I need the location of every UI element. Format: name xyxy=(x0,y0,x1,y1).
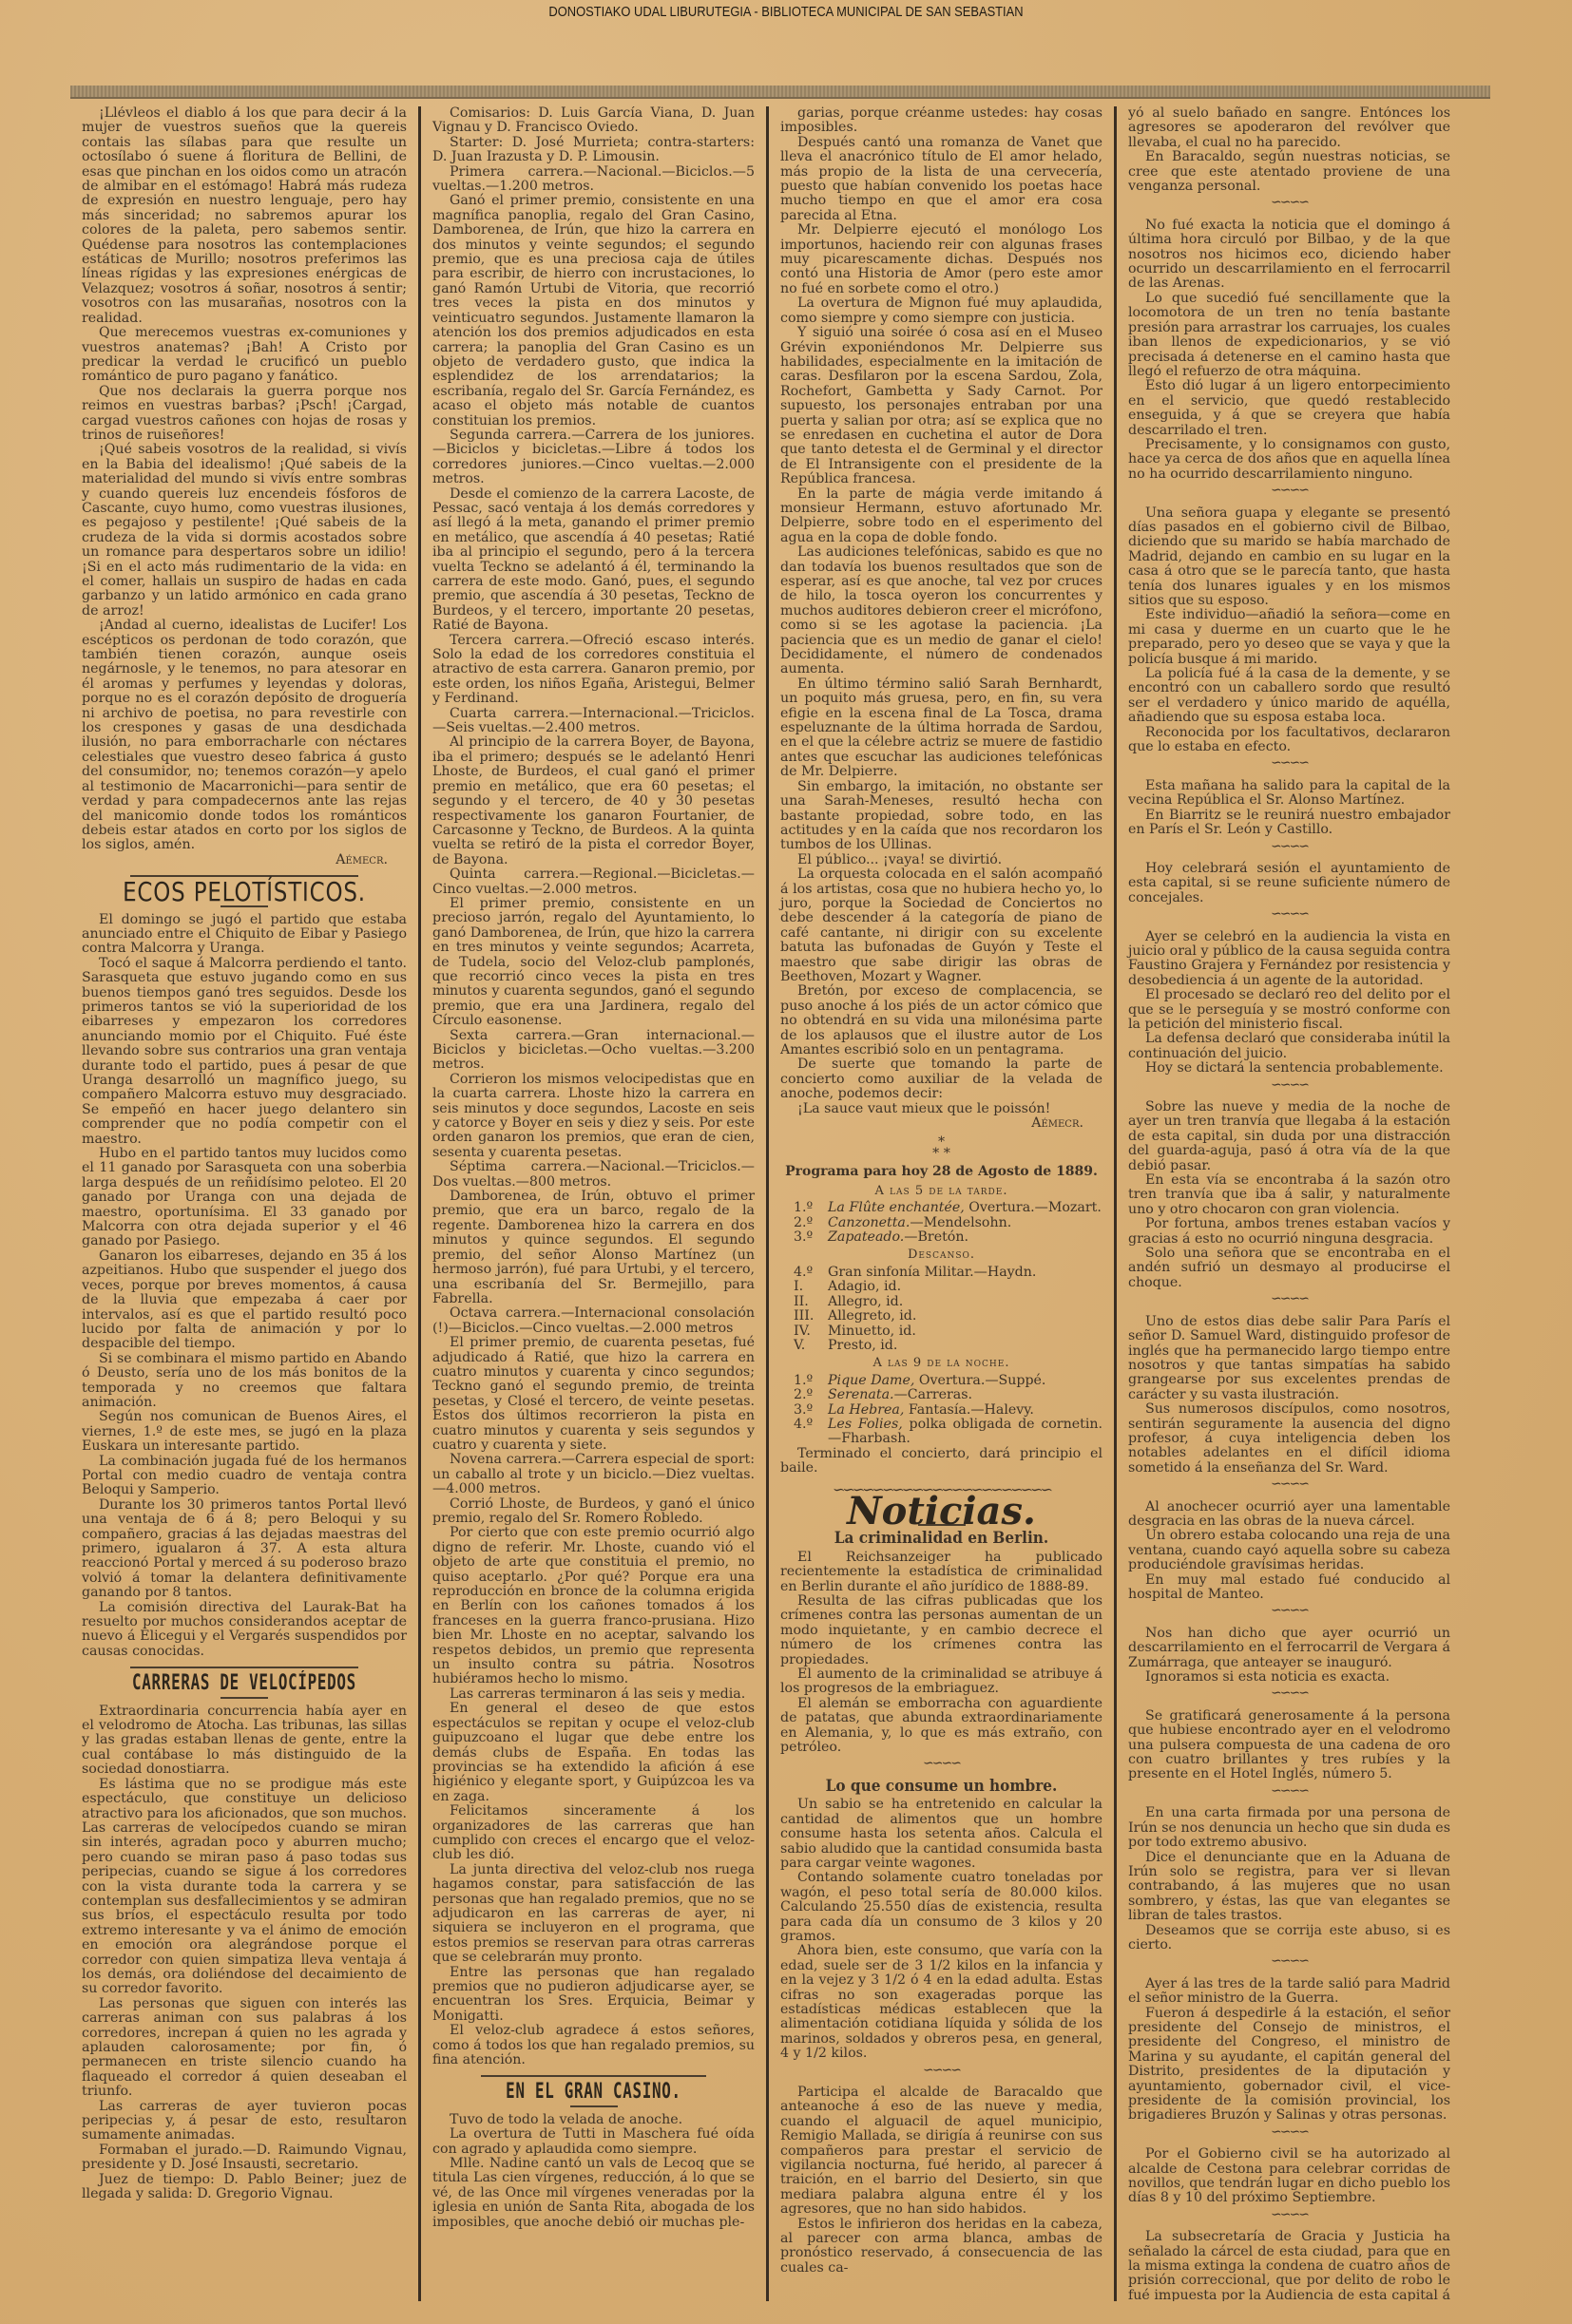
column-3: garias, porque créanme ustedes: hay cosa… xyxy=(766,106,1114,2301)
news-item: En una carta firmada por una persona de … xyxy=(1128,1806,1450,1953)
paragraph: Una señora guapa y elegante se presentó … xyxy=(1128,506,1450,609)
paragraph: La orquesta colocada en el salón acompañ… xyxy=(780,867,1102,984)
subtitle-hombre: Lo que consume un hombre. xyxy=(796,1780,1086,1794)
program-item-detail: —Bretón. xyxy=(904,1229,968,1245)
section-title-casino: EN EL GRAN CASINO. xyxy=(477,2085,709,2099)
paragraph: Starter: D. José Murrieta; contra-starte… xyxy=(432,136,755,165)
paragraph: Formaban el jurado.—D. Raimundo Vignau, … xyxy=(82,2143,407,2173)
paragraph: Las carreras terminaron á las seis y med… xyxy=(432,1687,755,1702)
program-item-detail: Allegro, id. xyxy=(828,1294,903,1309)
paragraph: Un sabio se ha entretenido en calcular l… xyxy=(780,1798,1102,1871)
program-section-afternoon: A las 5 de la tarde. xyxy=(780,1184,1102,1198)
paragraph: Tercera carrera.—Ofreció escaso interés.… xyxy=(432,634,755,707)
paragraph: Las carreras de ayer tuvieron pocas peri… xyxy=(82,2100,407,2143)
wave-divider-icon: ∽∽∽∽ xyxy=(1128,1604,1450,1618)
paragraph: ¡Andad al cuerno, idealistas de Lucifer!… xyxy=(82,619,407,853)
paragraph: Resulta de las cifras publicadas que los… xyxy=(780,1594,1102,1667)
paragraph: Bretón, por exceso de complacencia, se p… xyxy=(780,984,1102,1057)
program-list-3: 1.ºPique Dame, Overtura.—Suppé.2.ºSerena… xyxy=(780,1374,1102,1447)
news-item: La subsecretaría de Gracia y Justicia ha… xyxy=(1128,2230,1450,2301)
paragraph: No fué exacta la noticia que el domingo … xyxy=(1128,219,1450,292)
paragraph: Un obrero estaba colocando una reja de u… xyxy=(1128,1529,1450,1572)
paragraph: Al anochecer ocurrió ayer una lamentable… xyxy=(1128,1500,1450,1530)
program-item-number: 3.º xyxy=(794,1403,828,1418)
paragraph: Primera carrera.—Nacional.—Biciclos.—5 v… xyxy=(432,165,755,195)
paragraph: Uno de estos dias debe salir Para París … xyxy=(1128,1315,1450,1402)
wave-divider-icon: ∽∽∽∽ xyxy=(1128,1477,1450,1492)
paragraph: Ayer se celebró en la audiencia la vista… xyxy=(1128,930,1450,989)
velo-paragraphs: Extraordinaria concurrencia había ayer e… xyxy=(82,1705,407,2202)
paragraph: Ayer á las tres de la tarde salió para M… xyxy=(1128,1977,1450,2007)
program-item: 4.ºGran sinfonía Militar.—Haydn. xyxy=(780,1266,1102,1280)
paragraph: En Baracaldo, según nuestras noticias, s… xyxy=(1128,150,1450,194)
program-item: III.Allegreto, id. xyxy=(780,1309,1102,1324)
program-item: 1.ºLa Flûte enchantée, Overtura.—Mozart. xyxy=(780,1201,1102,1215)
program-item-number: 4.º xyxy=(794,1266,828,1280)
paragraph: Según nos comunican de Buenos Aires, el … xyxy=(82,1410,407,1454)
program-item-text: Gran sinfonía Militar.—Haydn. xyxy=(828,1266,1036,1280)
wave-divider-icon: ∽∽∽∽ xyxy=(780,2064,1102,2078)
paragraph: Precisamente, y lo consignamos con gusto… xyxy=(1128,438,1450,482)
paragraph: yó al suelo bañado en sangre. Entónces l… xyxy=(1128,106,1450,150)
program-item-text: Canzonetta.—Mendelsohn. xyxy=(828,1216,1011,1230)
column-2: Comisarios: D. Luis García Viana, D. Jua… xyxy=(418,106,766,2301)
program-item-number: 4.º xyxy=(794,1418,828,1447)
essay-paragraphs: ¡Llévleos el diablo á los que para decir… xyxy=(82,106,407,853)
paragraph: Las personas que siguen con interés las … xyxy=(82,1997,407,2100)
paragraph: Desde el comienzo de la carrera Lacoste,… xyxy=(432,487,755,634)
program-item-text: La Flûte enchantée, Overtura.—Mozart. xyxy=(828,1201,1102,1215)
paragraph: Felicitamos sinceramente á los organizad… xyxy=(432,1804,755,1863)
column-4: yó al suelo bañado en sangre. Entónces l… xyxy=(1114,106,1462,2301)
wave-divider-icon: ∽∽∽∽ xyxy=(1128,907,1450,922)
program-item-detail: —Carreras. xyxy=(894,1387,973,1402)
paragraph: Mlle. Nadine cantó un vals de Lecoq que … xyxy=(432,2157,755,2230)
paragraph: Ganaron los eibarreses, dejando en 35 á … xyxy=(82,1249,407,1352)
wave-divider-icon: ∽∽∽∽ xyxy=(1128,2125,1450,2140)
paragraph: Comisarios: D. Luis García Viana, D. Jua… xyxy=(432,106,755,136)
newspaper-columns: ¡Llévleos el diablo á los que para decir… xyxy=(70,106,1496,2301)
paragraph: La overtura de Tutti in Maschera fué oíd… xyxy=(432,2127,755,2157)
program-item: I.Adagio, id. xyxy=(780,1280,1102,1294)
paragraph: El aumento de la criminalidad se atribuy… xyxy=(780,1667,1102,1697)
news-item: Una señora guapa y elegante se presentó … xyxy=(1128,506,1450,755)
paragraph: Ganó el primer premio, consistente en un… xyxy=(432,194,755,429)
program-item: IV.Minuetto, id. xyxy=(780,1324,1102,1339)
paragraph: El veloz-club agradece á estos señores, … xyxy=(432,2024,755,2067)
paragraph: En muy mal estado fué conducido al hospi… xyxy=(1128,1573,1450,1603)
paragraph: Hubo en el partido tantos muy lucidos co… xyxy=(82,1147,407,1249)
ornament-rule xyxy=(481,2075,706,2077)
paragraph: El procesado se declaró reo del delito p… xyxy=(1128,988,1450,1032)
paragraph: Que nos declarais la guerra porque nos r… xyxy=(82,385,407,444)
paragraph: La combinación jugada fué de los hermano… xyxy=(82,1455,407,1498)
paragraph: Damborenea, de Irún, obtuvo el primer pr… xyxy=(432,1190,755,1306)
race-paragraphs: Comisarios: D. Luis García Viana, D. Jua… xyxy=(432,106,755,2067)
program-item: 2.ºCanzonetta.—Mendelsohn. xyxy=(780,1216,1102,1230)
paragraph: ¡Llévleos el diablo á los que para decir… xyxy=(82,106,407,326)
paragraph: Si se combinara el mismo partido en Aban… xyxy=(82,1352,407,1411)
program-item-number: II. xyxy=(794,1295,828,1309)
casino-paragraphs: Tuvo de todo la velada de anoche.La over… xyxy=(432,2113,755,2230)
paragraph: ¡Qué sabeis vosotros de la realidad, si … xyxy=(82,443,407,619)
news-blocks: yó al suelo bañado en sangre. Entónces l… xyxy=(1128,106,1450,2301)
paragraph: Extraordinaria concurrencia había ayer e… xyxy=(82,1705,407,1778)
paragraph: Segunda carrera.—Carrera de los juniores… xyxy=(432,429,755,487)
signature: Aémecr. xyxy=(82,853,407,867)
program-closing: Terminado el concierto, dará principio e… xyxy=(780,1447,1102,1476)
program-item-detail: Presto, id. xyxy=(828,1338,897,1353)
paragraph: En esta vía se encontraba á la sazón otr… xyxy=(1128,1173,1450,1217)
paragraph: La comisión directiva del Laurak-Bat ha … xyxy=(82,1601,407,1660)
paragraph: La defensa declaró que consideraba inúti… xyxy=(1128,1032,1450,1061)
paragraph: Ignoramos si esta noticia es exacta. xyxy=(1128,1670,1450,1685)
program-item-detail: Overtura.—Suppé. xyxy=(914,1373,1045,1388)
wave-divider-icon: ∽∽∽∽ xyxy=(1128,840,1450,854)
paragraph: ¡La sauce vaut mieux que le poissón! xyxy=(780,1102,1102,1116)
paragraph: La junta directiva del veloz-club nos ru… xyxy=(432,1863,755,1966)
program-item-text: Allegreto, id. xyxy=(828,1309,916,1324)
subtitle-berlin: La criminalidad en Berlin. xyxy=(796,1532,1086,1546)
news-item: Ayer se celebró en la audiencia la vista… xyxy=(1128,930,1450,1076)
program-item-work: Canzonetta. xyxy=(828,1215,910,1230)
section-title-ecos: ECOS PELOTÍSTICOS. xyxy=(111,885,377,899)
program-item: V.Presto, id. xyxy=(780,1339,1102,1353)
program-section-night: A las 9 de la noche. xyxy=(780,1356,1102,1370)
program-item-number: I. xyxy=(794,1280,828,1294)
paragraph: Sobre las nueve y media de la noche de a… xyxy=(1128,1100,1450,1173)
paragraph: Y siguió una soirée ó cosa así en el Mus… xyxy=(780,326,1102,486)
paragraph: Por el Gobierno civil se ha autorizado a… xyxy=(1128,2147,1450,2206)
paragraph: Se gratificará generosamente á la person… xyxy=(1128,1709,1450,1782)
ornament-rule xyxy=(130,1667,357,1668)
program-item-work: Serenata. xyxy=(828,1387,894,1402)
paragraph: Es lástima que no se prodigue más este e… xyxy=(82,1778,407,1997)
paragraph: Esta mañana ha salido para la capital de… xyxy=(1128,779,1450,809)
paragraph: Tocó el saque á Malcorra perdiendo el ta… xyxy=(82,957,407,1147)
paragraph: Juez de tiempo: D. Pablo Beiner; juez de… xyxy=(82,2173,407,2202)
paragraph: Entre las personas que han regalado prem… xyxy=(432,1966,755,2025)
program-item-text: Pique Dame, Overtura.—Suppé. xyxy=(828,1374,1045,1388)
paragraph: Fueron á despedirle á la estación, el se… xyxy=(1128,2007,1450,2124)
paragraph: Sus numerosos discípulos, como nosotros,… xyxy=(1128,1402,1450,1476)
paragraph: El público... ¡vaya! se divirtió. xyxy=(780,853,1102,867)
paragraph: Nos han dicho que ayer ocurrió un descar… xyxy=(1128,1627,1450,1670)
paragraph: Novena carrera.—Carrera especial de spor… xyxy=(432,1453,755,1496)
paragraph: En Biarritz se le reunirá nuestro embaja… xyxy=(1128,809,1450,838)
program-item: 3.ºZapateado.—Bretón. xyxy=(780,1230,1102,1245)
program-item-text: Allegro, id. xyxy=(828,1295,903,1309)
program-break: Descanso. xyxy=(780,1248,1102,1262)
wave-divider-icon: ∽∽∽∽ xyxy=(1128,2208,1450,2222)
paragraph: Participa el alcalde de Baracaldo que an… xyxy=(780,2086,1102,2218)
paragraph: Este individuo—añadió la señora—come en … xyxy=(1128,608,1450,667)
paragraph: En general el deseo de que estos espectá… xyxy=(432,1702,755,1804)
program-item-work: La Flûte enchantée, xyxy=(828,1200,965,1215)
program-item-number: 2.º xyxy=(794,1388,828,1402)
program-item-detail: Minuetto, id. xyxy=(828,1324,916,1339)
paragraph: De suerte que tomando la parte de concie… xyxy=(780,1057,1102,1101)
paragraph: Séptima carrera.—Nacional.—Triciclos.—Do… xyxy=(432,1160,755,1190)
wave-divider-icon: ∽∽∽∽ xyxy=(1128,1686,1450,1701)
program-item-number: IV. xyxy=(794,1324,828,1339)
program-item-text: Serenata.—Carreras. xyxy=(828,1388,972,1402)
signature: Aémecr. xyxy=(780,1116,1102,1131)
paragraph: La subsecretaría de Gracia y Justicia ha… xyxy=(1128,2230,1450,2301)
short-rule xyxy=(570,2105,618,2107)
program-item-number: 3.º xyxy=(794,1230,828,1245)
paragraph: Lo que sucedió fué sencillamente que la … xyxy=(1128,292,1450,379)
header-rule xyxy=(70,86,1490,99)
paragraph: Corrieron los mismos velocipedistas que … xyxy=(432,1073,755,1160)
wave-divider-icon: ∽∽∽∽ xyxy=(1128,484,1450,498)
program-item-number: 1.º xyxy=(794,1374,828,1388)
wave-divider-icon: ∽∽∽∽ xyxy=(780,1757,1102,1771)
hombre-paragraphs: Un sabio se ha entretenido en calcular l… xyxy=(780,1798,1102,2061)
program-item-text: Zapateado.—Bretón. xyxy=(828,1230,968,1245)
paragraph: El alemán se emborracha con aguardiente … xyxy=(780,1697,1102,1756)
program-item-work: Zapateado. xyxy=(828,1229,904,1245)
paragraph: garias, porque créanme ustedes: hay cosa… xyxy=(780,106,1102,136)
section-title-velocipedos: CARRERAS DE VELOCÍPEDOS xyxy=(127,1676,361,1690)
news-item: Sobre las nueve y media de la noche de a… xyxy=(1128,1100,1450,1290)
program-item-work: La Hebrea, xyxy=(828,1402,904,1418)
program-list-1: 1.ºLa Flûte enchantée, Overtura.—Mozart.… xyxy=(780,1201,1102,1245)
paragraph: El primer premio, consistente en un prec… xyxy=(432,897,755,1029)
section-title-noticias: Noticias. xyxy=(780,1504,1102,1518)
program-item-text: Minuetto, id. xyxy=(828,1324,916,1339)
paragraph: Quinta carrera.—Regional.—Bicicletas.—Ci… xyxy=(432,867,755,897)
paragraph: Hoy se dictará la sentencia probablement… xyxy=(1128,1061,1450,1076)
paragraph: El domingo se jugó el partido que estaba… xyxy=(82,913,407,957)
paragraph: El primer premio, de cuarenta pesetas, f… xyxy=(432,1336,755,1453)
program-item-work: Les Folies, xyxy=(828,1417,903,1432)
paragraph: Reconocida por los facultativos, declara… xyxy=(1128,726,1450,755)
column-1: ¡Llévleos el diablo á los que para decir… xyxy=(70,106,418,2301)
paragraph: La policía fué á la casa de la demente, … xyxy=(1128,667,1450,726)
program-item-detail: Gran sinfonía Militar.—Haydn. xyxy=(828,1265,1036,1280)
short-rule xyxy=(220,1697,268,1699)
news-item: Hoy celebrará sesión el ayuntamiento de … xyxy=(1128,862,1450,905)
paragraph: Sexta carrera.—Gran internacional.—Bicic… xyxy=(432,1029,755,1073)
paragraph: Por cierto que con este premio ocurrió a… xyxy=(432,1526,755,1686)
program-item: 4.ºLes Folies, polka obligada de corneti… xyxy=(780,1418,1102,1447)
paragraph: Esto dió lugar á un ligero entorpecimien… xyxy=(1128,379,1450,438)
paragraph: En último término salió Sarah Bernhardt,… xyxy=(780,677,1102,780)
program-item: 3.ºLa Hebrea, Fantasía.—Halevy. xyxy=(780,1403,1102,1418)
asterism-icon: ** * xyxy=(780,1136,1102,1159)
news-item: No fué exacta la noticia que el domingo … xyxy=(1128,219,1450,482)
news-item: Se gratificará generosamente á la person… xyxy=(1128,1709,1450,1782)
program-item-text: Presto, id. xyxy=(828,1339,897,1353)
wave-divider-icon: ∽∽∽∽ xyxy=(1128,1078,1450,1093)
paragraph: Ahora bien, este consumo, que varía con … xyxy=(780,1944,1102,2061)
program-list-2: 4.ºGran sinfonía Militar.—Haydn.I.Adagio… xyxy=(780,1266,1102,1353)
paragraph: Cuarta carrera.—Internacional.—Triciclos… xyxy=(432,707,755,736)
program-item-number: III. xyxy=(794,1309,828,1324)
paragraph: Las audiciones telefónicas, sabido es qu… xyxy=(780,545,1102,677)
news-item: Al anochecer ocurrió ayer una lamentable… xyxy=(1128,1500,1450,1603)
paragraph: En la parte de mágia verde imitando á mo… xyxy=(780,487,1102,546)
paragraph: Hoy celebrará sesión el ayuntamiento de … xyxy=(1128,862,1450,905)
baracaldo-paragraphs: Participa el alcalde de Baracaldo que an… xyxy=(780,2086,1102,2276)
paragraph: El Reichsanzeiger ha publicado recientem… xyxy=(780,1551,1102,1594)
paragraph: Que merecemos vuestras ex-comuniones y v… xyxy=(82,326,407,385)
program-item-text: Les Folies, polka obligada de cornetin.—… xyxy=(828,1418,1102,1447)
paragraph: Por fortuna, ambos trenes estaban vacíos… xyxy=(1128,1217,1450,1247)
program-item-detail: —Mendelsohn. xyxy=(910,1215,1011,1230)
news-item: Uno de estos dias debe salir Para París … xyxy=(1128,1315,1450,1476)
ecos-paragraphs: El domingo se jugó el partido que estaba… xyxy=(82,913,407,1660)
program-item-detail: Allegreto, id. xyxy=(828,1308,916,1324)
wave-divider-icon: ∽∽∽∽ xyxy=(1128,1292,1450,1306)
program-item-detail: Adagio, id. xyxy=(828,1279,901,1294)
program-item-detail: Fantasía.—Halevy. xyxy=(904,1402,1034,1418)
paragraph: En una carta firmada por una persona de … xyxy=(1128,1806,1450,1850)
program-item-number: 1.º xyxy=(794,1201,828,1215)
archive-watermark: DONOSTIAKO UDAL LIBURUTEGIA - BIBLIOTECA… xyxy=(110,4,1462,20)
news-item: Ayer á las tres de la tarde salió para M… xyxy=(1128,1977,1450,2124)
paragraph: Sin embargo, la imitación, no obstante s… xyxy=(780,780,1102,853)
program-item-detail: Overtura.—Mozart. xyxy=(965,1200,1102,1215)
news-item: Por el Gobierno civil se ha autorizado a… xyxy=(1128,2147,1450,2206)
wave-divider-icon: ∽∽∽∽ xyxy=(1128,1784,1450,1799)
paragraph: Durante los 30 primeros tantos Portal ll… xyxy=(82,1498,407,1601)
program-item-work: Pique Dame, xyxy=(828,1373,914,1388)
program-item-text: La Hebrea, Fantasía.—Halevy. xyxy=(828,1403,1034,1418)
casino-review-paragraphs: garias, porque créanme ustedes: hay cosa… xyxy=(780,106,1102,1116)
paragraph: Al principio de la carrera Boyer, de Bay… xyxy=(432,735,755,867)
paragraph: Estos le infirieron dos heridas en la ca… xyxy=(780,2218,1102,2276)
paragraph: Solo una señora que se encontraba en el … xyxy=(1128,1247,1450,1290)
program-item: II.Allegro, id. xyxy=(780,1295,1102,1309)
program-item: 1.ºPique Dame, Overtura.—Suppé. xyxy=(780,1374,1102,1388)
paragraph: Tuvo de todo la velada de anoche. xyxy=(432,2113,755,2127)
paragraph: Dice el denunciante que en la Aduana de … xyxy=(1128,1851,1450,1924)
paragraph: Después cantó una romanza de Vanet que l… xyxy=(780,136,1102,223)
paragraph: Corrió Lhoste, de Burdeos, y ganó el úni… xyxy=(432,1497,755,1527)
berlin-paragraphs: El Reichsanzeiger ha publicado recientem… xyxy=(780,1551,1102,1756)
paragraph: La overtura de Mignon fué muy aplaudida,… xyxy=(780,296,1102,326)
wave-divider-icon: ∽∽∽∽ xyxy=(1128,196,1450,210)
paragraph: Mr. Delpierre ejecutó el monólogo Los im… xyxy=(780,223,1102,296)
program-item-number: V. xyxy=(794,1339,828,1353)
program-item-number: 2.º xyxy=(794,1216,828,1230)
paragraph: Deseamos que se corrija este abuso, si e… xyxy=(1128,1924,1450,1953)
wave-divider-icon: ∽∽∽∽ xyxy=(1128,756,1450,771)
news-item: Esta mañana ha salido para la capital de… xyxy=(1128,779,1450,838)
program-item-text: Adagio, id. xyxy=(828,1280,901,1294)
program-item: 2.ºSerenata.—Carreras. xyxy=(780,1388,1102,1402)
news-item: Nos han dicho que ayer ocurrió un descar… xyxy=(1128,1627,1450,1686)
paragraph: Octava carrera.—Internacional consolació… xyxy=(432,1306,755,1336)
wave-divider-icon: ∽∽∽∽ xyxy=(1128,1954,1450,1969)
paragraph: Contando solamente cuatro toneladas por … xyxy=(780,1871,1102,1944)
news-item: yó al suelo bañado en sangre. Entónces l… xyxy=(1128,106,1450,194)
program-title: Programa para hoy 28 de Agosto de 1889. xyxy=(780,1165,1102,1179)
